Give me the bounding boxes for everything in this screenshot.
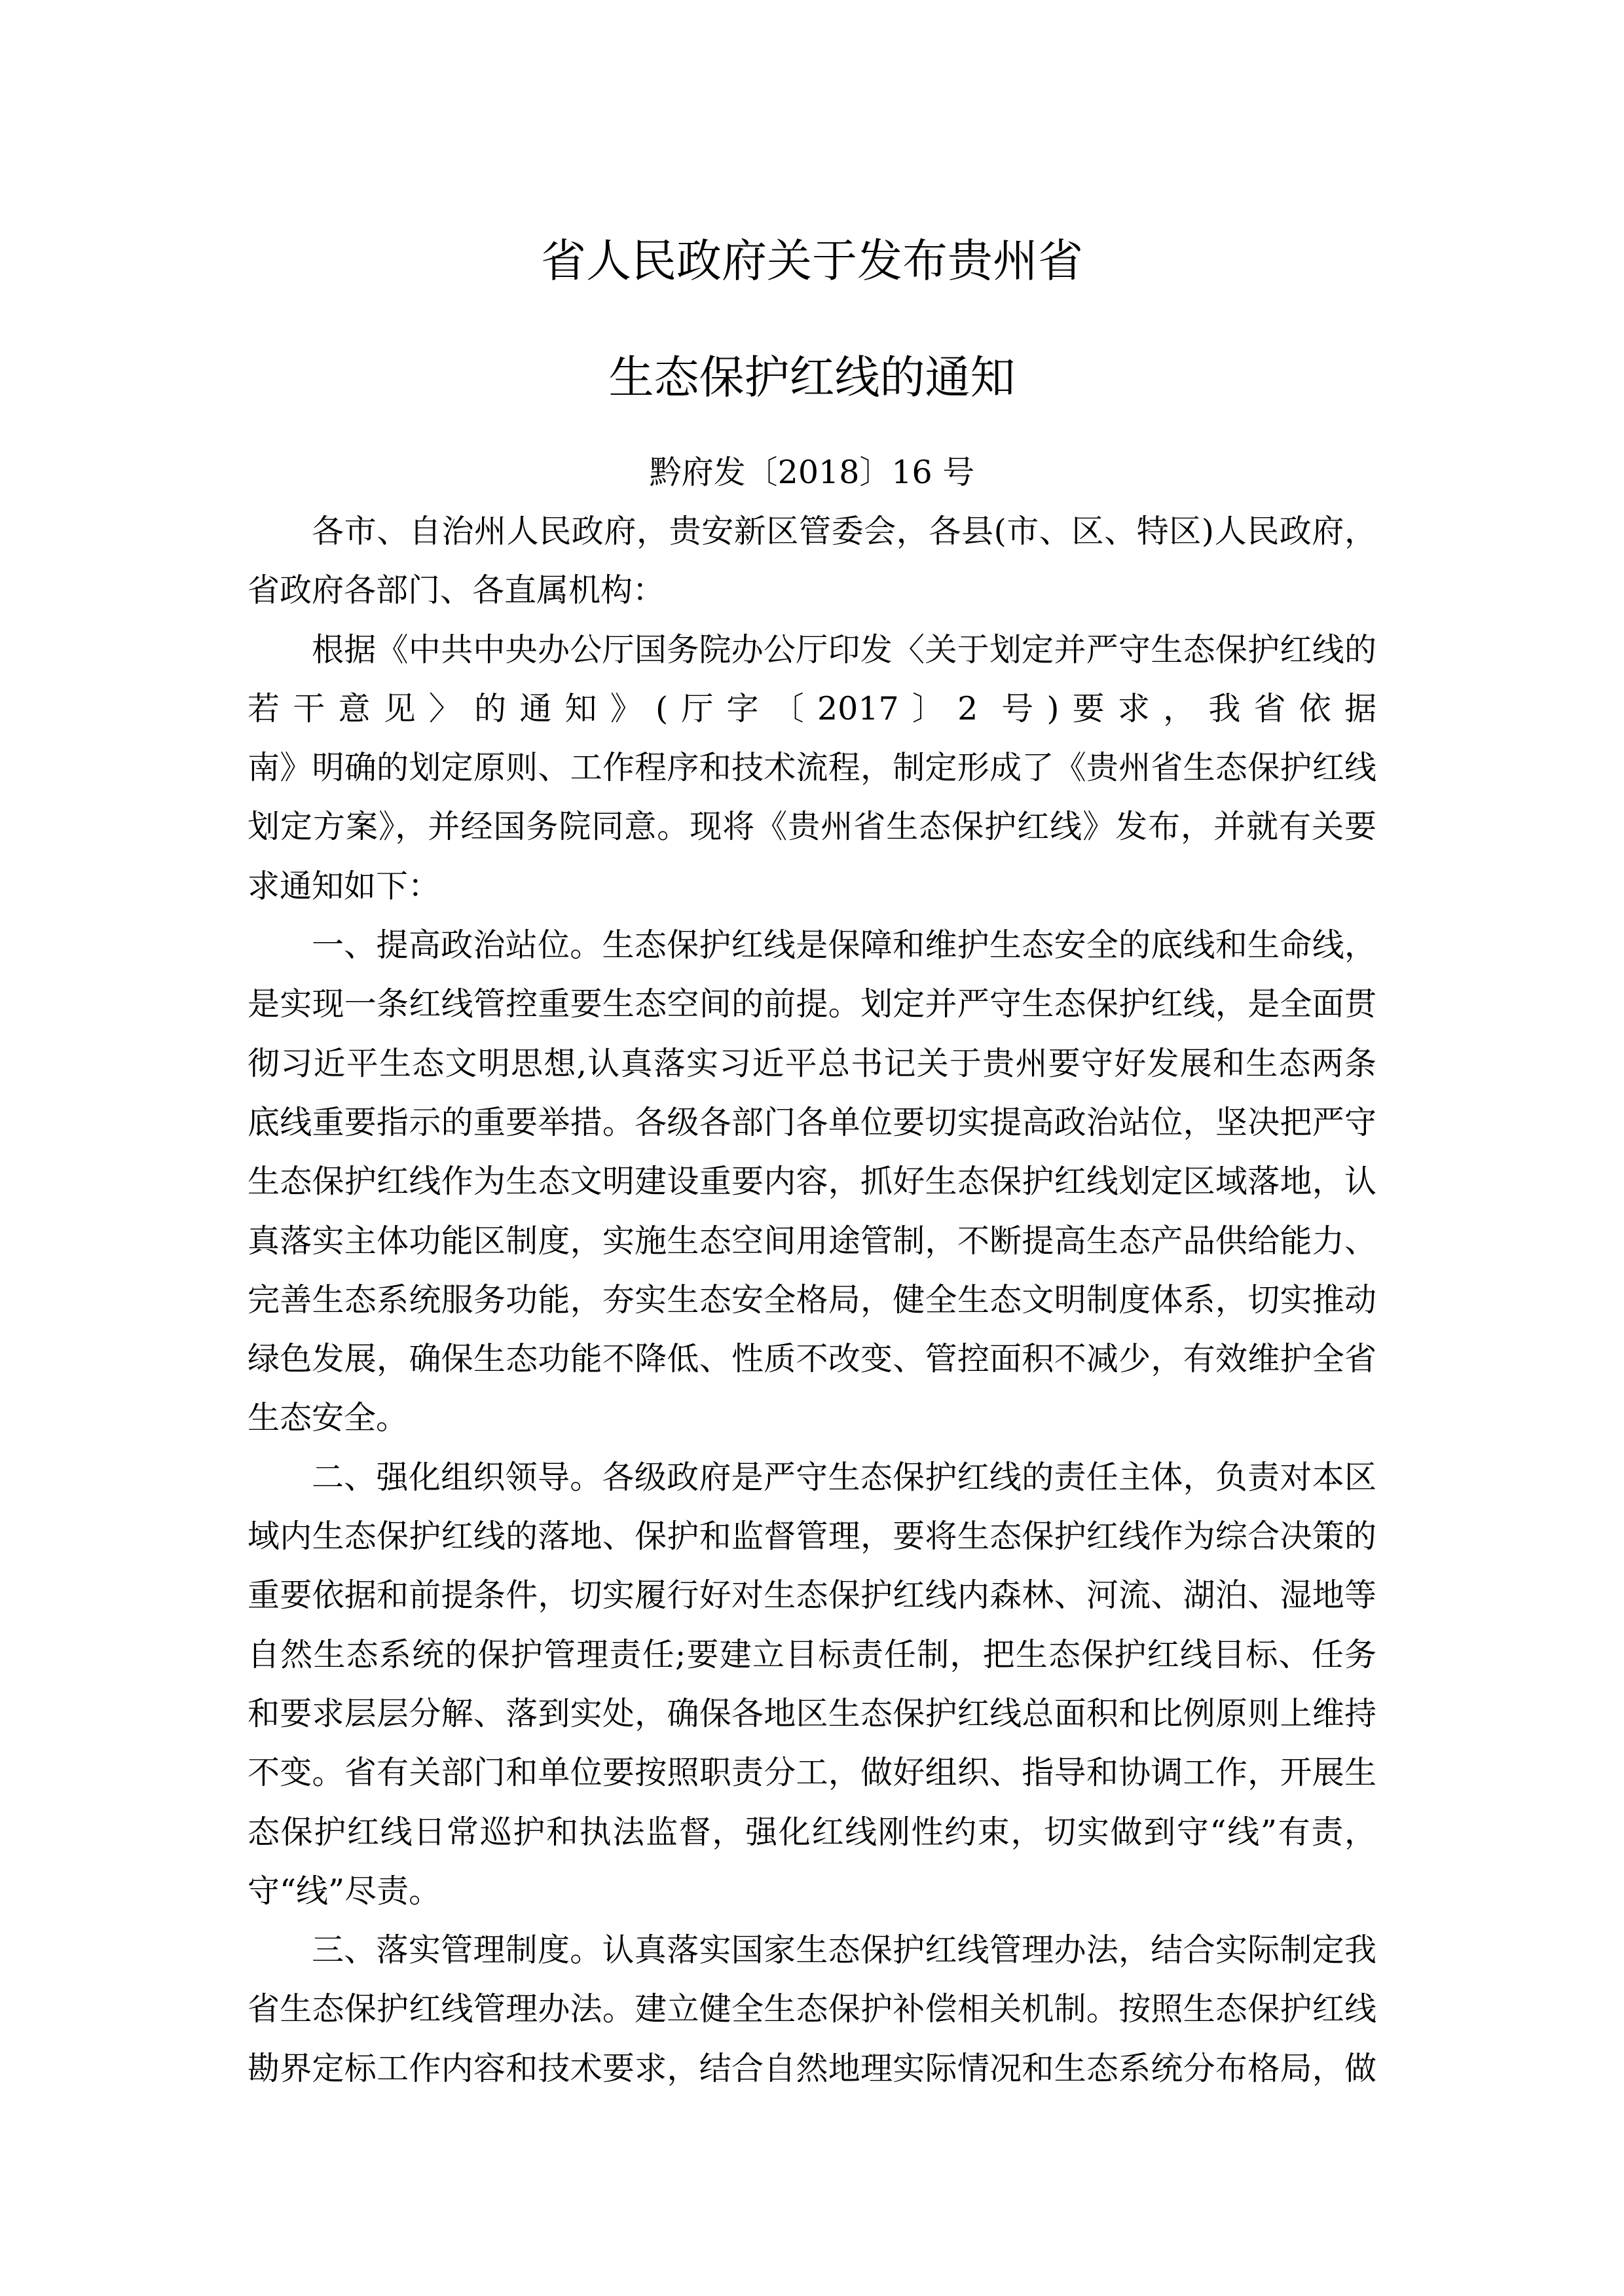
paragraph-line: 各市、自治州人民政府，贵安新区管委会，各县(市、区、特区)人民政府， [248,502,1376,561]
paragraph-line: 和要求层层分解、落到实处，确保各地区生态保护红线总面积和比例原则上维持 [248,1685,1376,1743]
paragraph-line: 划定方案》，并经国务院同意。现将《贵州省生态保护红线》发布，并就有关要 [248,797,1376,856]
paragraph-line: 守“线”尽责。 [248,1862,1376,1921]
paragraph-line: 二、强化组织领导。各级政府是严守生态保护红线的责任主体，负责对本区 [248,1448,1376,1507]
paragraph-line: 生态安全。 [248,1389,1376,1448]
paragraph-line: 自然生态系统的保护管理责任;要建立目标责任制，把生态保护红线目标、任务 [248,1626,1376,1685]
paragraph-line: 三、落实管理制度。认真落实国家生态保护红线管理办法，结合实际制定我 [248,1921,1376,1980]
paragraph-line: 求通知如下： [248,857,1376,916]
paragraph-line: 重要依据和前提条件，切实履行好对生态保护红线内森林、河流、湖泊、湿地等 [248,1566,1376,1625]
preamble-paragraph: 根据《中共中央办公厅国务院办公厅印发〈关于划定并严守生态保护红线的 若干意见〉的… [248,621,1376,916]
section-1-paragraph: 一、提高政治站位。生态保护红线是保障和维护生态安全的底线和生命线， 是实现一条红… [248,916,1376,1448]
paragraph-line: 省生态保护红线管理办法。建立健全生态保护补偿相关机制。按照生态保护红线 [248,1980,1376,2039]
document-number: 黔府发〔2018〕16 号 [0,443,1624,502]
paragraph-line: 根据《中共中央办公厅国务院办公厅印发〈关于划定并严守生态保护红线的 [248,621,1376,680]
paragraph-line: 绿色发展，确保生态功能不降低、性质不改变、管控面积不减少，有效维护全省 [248,1330,1376,1389]
addressee-paragraph: 各市、自治州人民政府，贵安新区管委会，各县(市、区、特区)人民政府， 省政府各部… [248,502,1376,621]
paragraph-line: 一、提高政治站位。生态保护红线是保障和维护生态安全的底线和生命线， [248,916,1376,975]
paragraph-line: 若干意见〉的通知》(厅字〔2017〕2 号)要求，我省依据《生态保护红线划定指 [248,680,1376,738]
section-3-paragraph: 三、落实管理制度。认真落实国家生态保护红线管理办法，结合实际制定我 省生态保护红… [248,1921,1376,2098]
document-title-line-2: 生态保护红线的通知 [0,345,1624,410]
paragraph-line: 真落实主体功能区制度，实施生态空间用途管制，不断提高生态产品供给能力、 [248,1212,1376,1271]
paragraph-line: 不变。省有关部门和单位要按照职责分工，做好组织、指导和协调工作，开展生 [248,1743,1376,1802]
section-2-paragraph: 二、强化组织领导。各级政府是严守生态保护红线的责任主体，负责对本区 域内生态保护… [248,1448,1376,1921]
paragraph-line: 态保护红线日常巡护和执法监督，强化红线刚性约束，切实做到守“线”有责， [248,1803,1376,1862]
paragraph-line: 域内生态保护红线的落地、保护和监督管理，要将生态保护红线作为综合决策的 [248,1507,1376,1566]
paragraph-line: 勘界定标工作内容和技术要求，结合自然地理实际情况和生态系统分布格局，做 [248,2039,1376,2098]
paragraph-line: 南》明确的划定原则、工作程序和技术流程，制定形成了《贵州省生态保护红线 [248,738,1376,797]
paragraph-line: 省政府各部门、各直属机构： [248,561,1376,620]
paragraph-line: 底线重要指示的重要举措。各级各部门各单位要切实提高政治站位，坚决把严守 [248,1093,1376,1152]
paragraph-line: 彻习近平生态文明思想,认真落实习近平总书记关于贵州要守好发展和生态两条 [248,1034,1376,1093]
document-title-line-1: 省人民政府关于发布贵州省 [0,228,1624,294]
document-page: 省人民政府关于发布贵州省 生态保护红线的通知 黔府发〔2018〕16 号 各市、… [0,0,1624,2296]
document-body: 各市、自治州人民政府，贵安新区管委会，各县(市、区、特区)人民政府， 省政府各部… [248,502,1376,2098]
paragraph-line: 完善生态系统服务功能，夯实生态安全格局，健全生态文明制度体系，切实推动 [248,1271,1376,1330]
paragraph-line: 是实现一条红线管控重要生态空间的前提。划定并严守生态保护红线，是全面贯 [248,975,1376,1034]
paragraph-line: 生态保护红线作为生态文明建设重要内容，抓好生态保护红线划定区域落地，认 [248,1152,1376,1211]
